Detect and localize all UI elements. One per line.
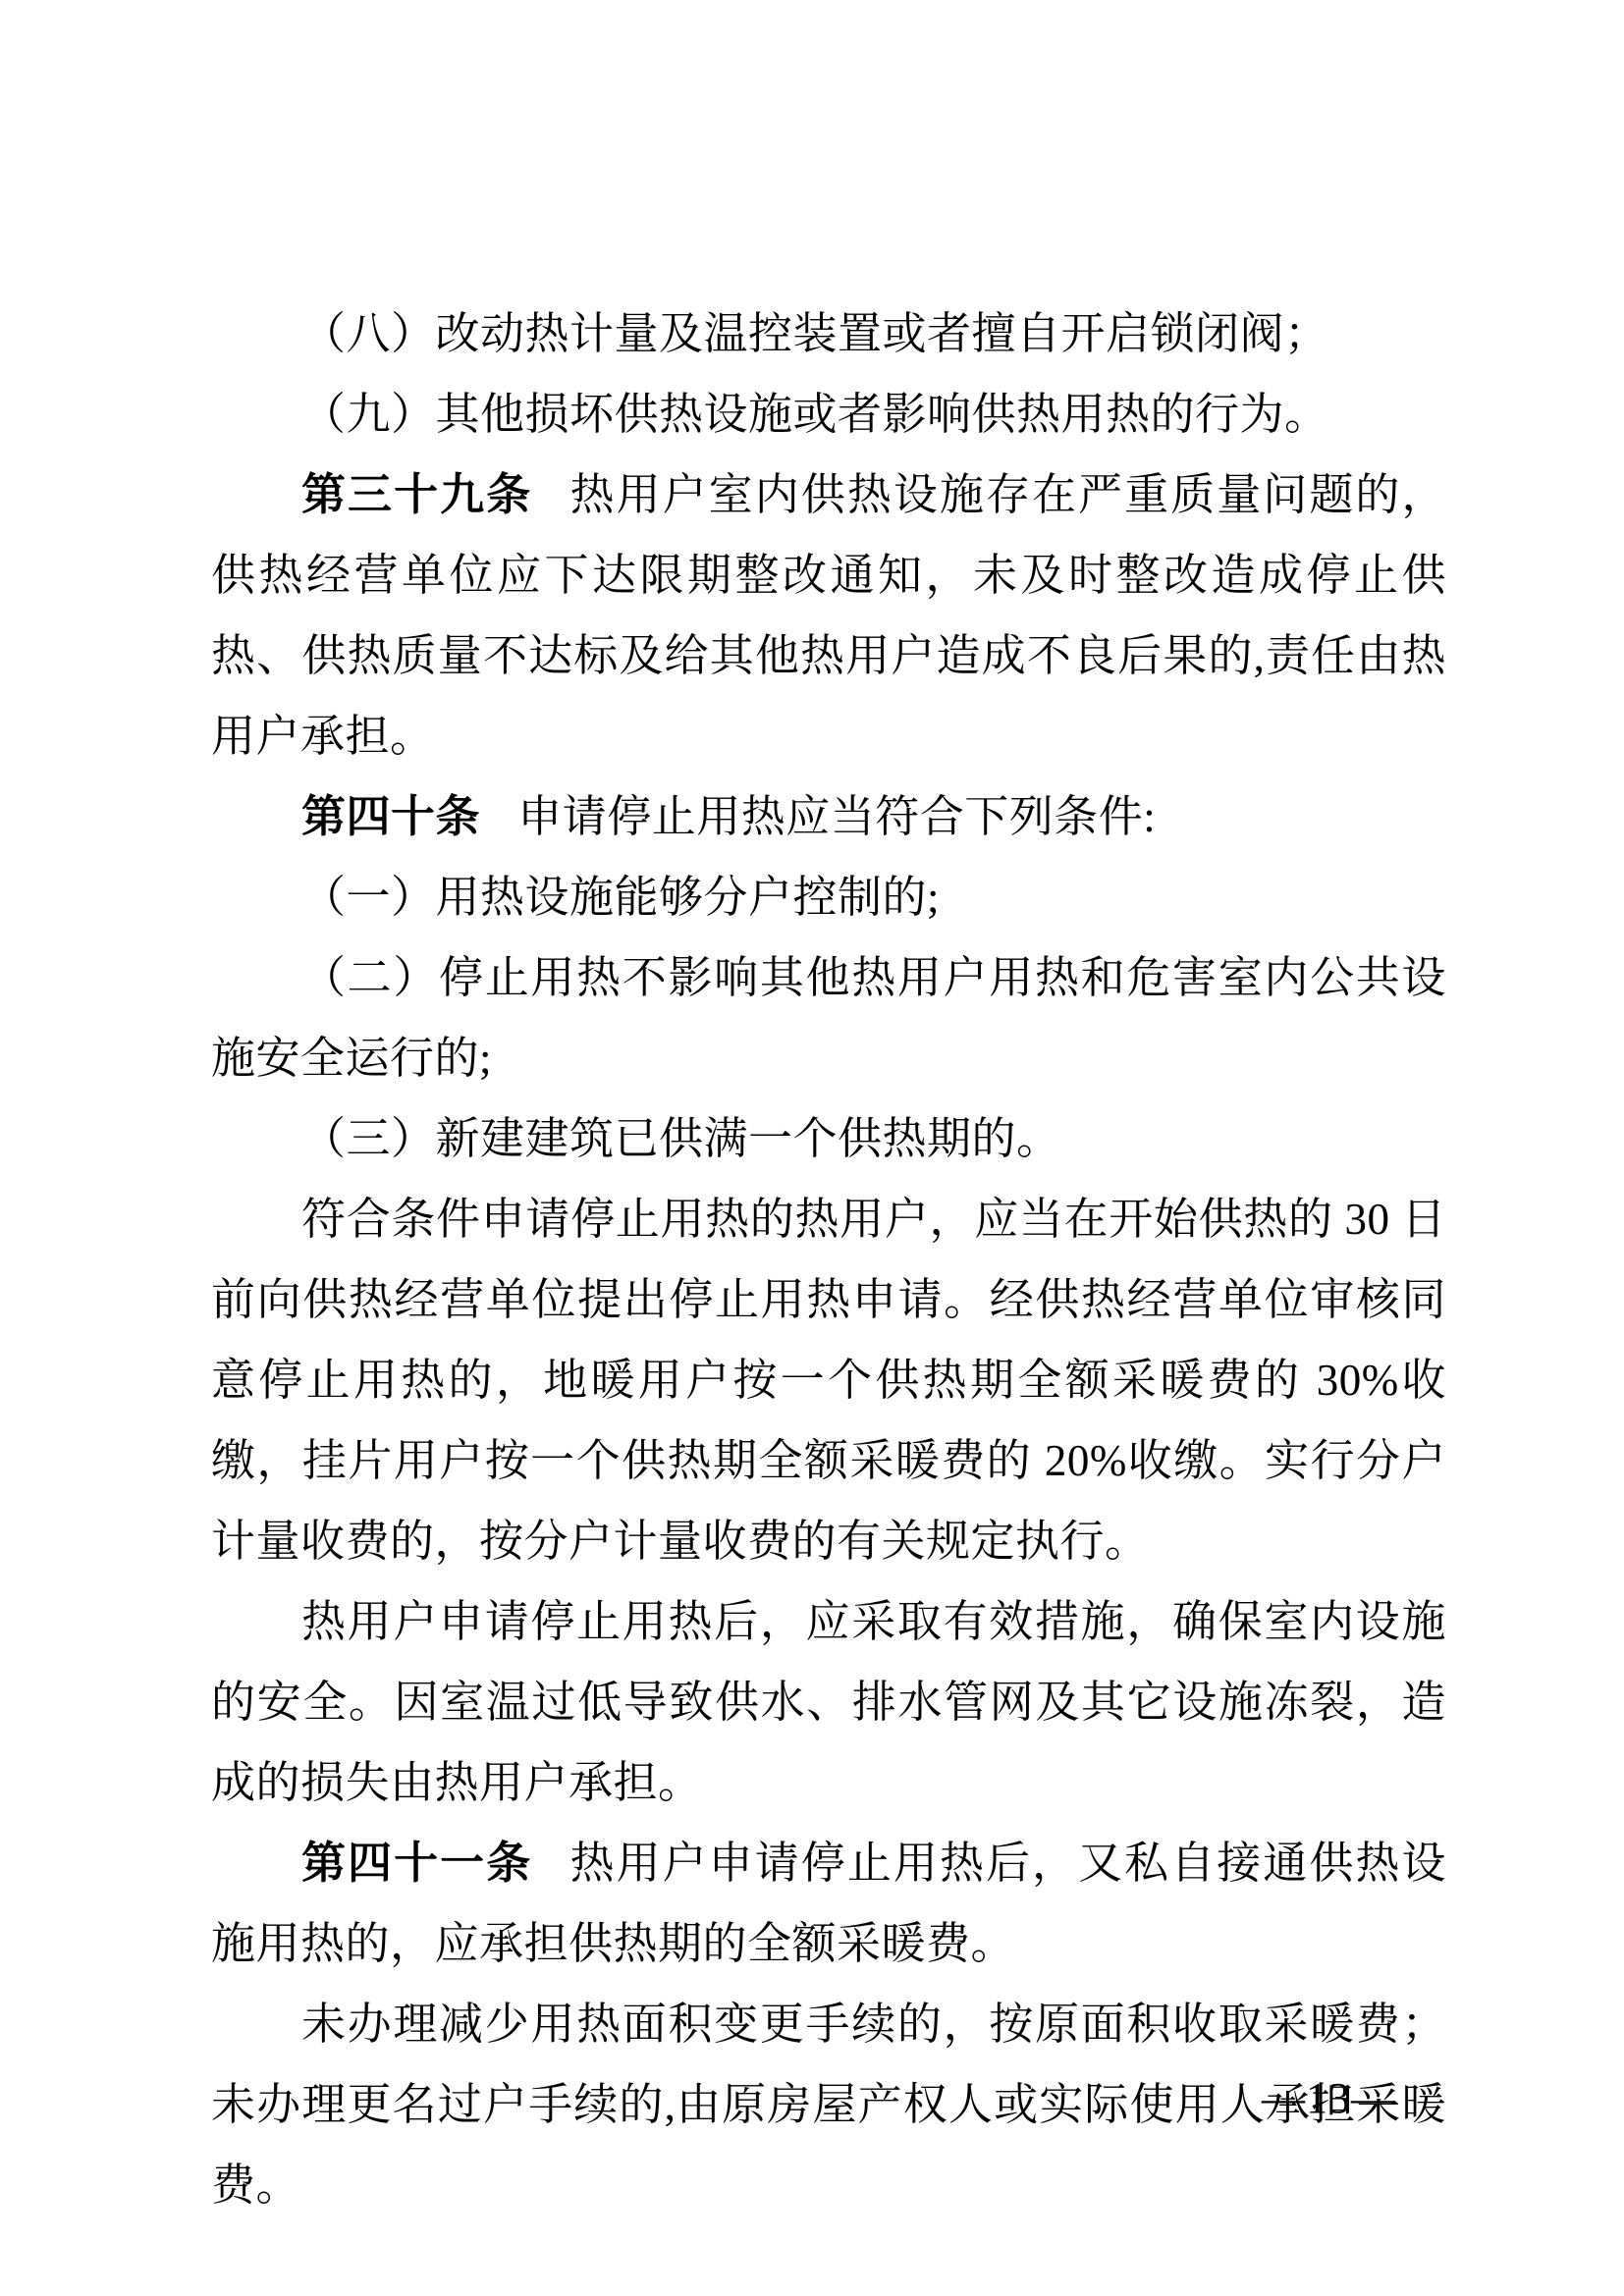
article-heading: 第四十条 bbox=[301, 791, 480, 841]
paragraph-text: （一）用热设施能够分户控制的; bbox=[301, 873, 940, 922]
document-body: （八）改动热计量及温控装置或者擅自开启锁闭阀； （九）其他损坏供热设施或者影响供… bbox=[211, 294, 1446, 2225]
paragraph: （八）改动热计量及温控装置或者擅自开启锁闭阀； bbox=[211, 294, 1446, 374]
paragraph: （二）停止用热不影响其他热用户用热和危害室内公共设施安全运行的; bbox=[211, 937, 1446, 1098]
paragraph-text: （八）改动热计量及温控装置或者擅自开启锁闭阀； bbox=[301, 309, 1329, 358]
paragraph: 第三十九条热用户室内供热设施存在严重质量问题的，供热经营单位应下达限期整改通知，… bbox=[211, 454, 1446, 776]
paragraph-text: （三）新建建筑已供满一个供热期的。 bbox=[301, 1114, 1061, 1163]
paragraph: 第四十条申请停止用热应当符合下列条件: bbox=[211, 776, 1446, 857]
article-heading: 第三十九条 bbox=[301, 469, 532, 519]
paragraph-text: 热用户申请停止用热后，应采取有效措施，确保室内设施的安全。因室温过低导致供水、排… bbox=[211, 1597, 1446, 1807]
paragraph: （一）用热设施能够分户控制的; bbox=[211, 857, 1446, 937]
paragraph: 热用户申请停止用热后，应采取有效措施，确保室内设施的安全。因室温过低导致供水、排… bbox=[211, 1581, 1446, 1823]
paragraph-text: 符合条件申请停止用热的热用户，应当在开始供热的 30 日前向供热经营单位提出停止… bbox=[211, 1195, 1446, 1566]
page-number: —13— bbox=[1262, 2073, 1395, 2124]
paragraph: 符合条件申请停止用热的热用户，应当在开始供热的 30 日前向供热经营单位提出停止… bbox=[211, 1179, 1446, 1581]
paragraph: 第四十一条热用户申请停止用热后，又私自接通供热设施用热的，应承担供热期的全额采暖… bbox=[211, 1823, 1446, 1984]
paragraph-text: 申请停止用热应当符合下列条件: bbox=[517, 792, 1156, 841]
document-page: （八）改动热计量及温控装置或者擅自开启锁闭阀； （九）其他损坏供热设施或者影响供… bbox=[0, 0, 1624, 2296]
article-heading: 第四十一条 bbox=[301, 1838, 532, 1888]
paragraph-text: （九）其他损坏供热设施或者影响供热用热的行为。 bbox=[301, 390, 1329, 439]
paragraph: （三）新建建筑已供满一个供热期的。 bbox=[211, 1098, 1446, 1179]
paragraph-text: （二）停止用热不影响其他热用户用热和危害室内公共设施安全运行的; bbox=[211, 953, 1446, 1083]
paragraph: （九）其他损坏供热设施或者影响供热用热的行为。 bbox=[211, 374, 1446, 454]
